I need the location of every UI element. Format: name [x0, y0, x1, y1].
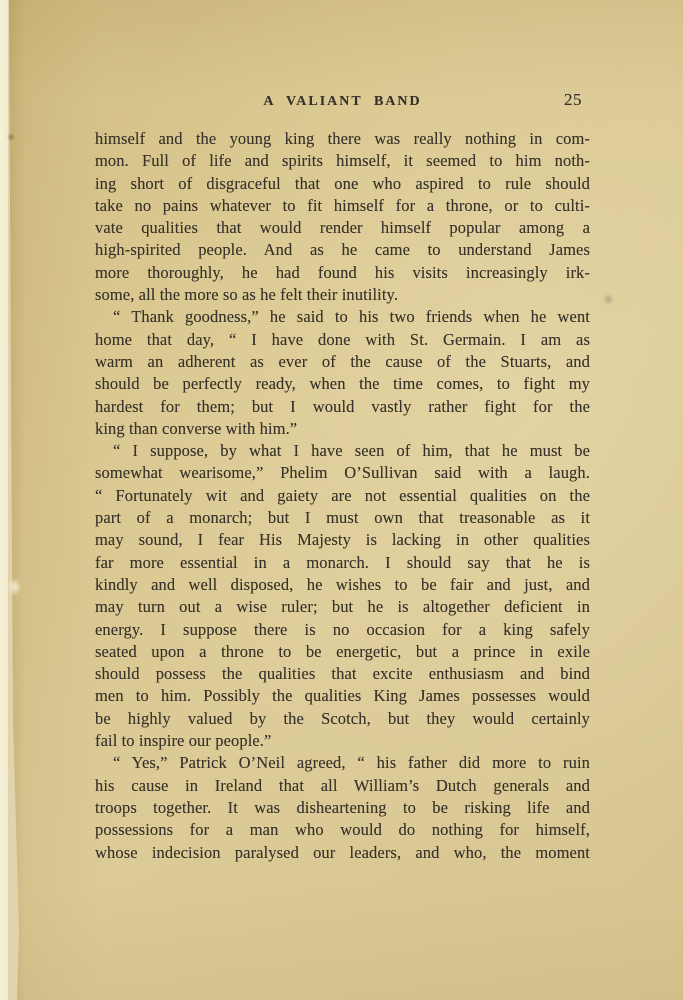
book-page-scan: A VALIANT BAND 25 himself and the young … — [0, 0, 683, 1000]
text-line: whose indecision paralysed our leaders, … — [95, 842, 590, 864]
page-left-edge — [0, 0, 20, 1000]
text-line: seated upon a throne to be energetic, bu… — [95, 641, 590, 663]
text-line: should be perfectly ready, when the time… — [95, 373, 590, 395]
page-text: himself and the young king there was rea… — [95, 128, 590, 864]
running-header: A VALIANT BAND 25 — [95, 92, 590, 112]
text-line: home that day, “ I have done with St. Ge… — [95, 329, 590, 351]
text-line: “ Yes,” Patrick O’Neil agreed, “ his fat… — [95, 752, 590, 774]
text-line: “ Fortunately wit and gaiety are not ess… — [95, 485, 590, 507]
text-line: far more essential in a monarch. I shoul… — [95, 552, 590, 574]
text-line: ing short of disgraceful that one who as… — [95, 173, 590, 195]
text-line: be highly valued by the Scotch, but they… — [95, 708, 590, 730]
text-line: more thoroughly, he had found his visits… — [95, 262, 590, 284]
text-line: king than converse with him.” — [95, 418, 590, 440]
text-line: himself and the young king there was rea… — [95, 128, 590, 150]
text-line: troops together. It was disheartening to… — [95, 797, 590, 819]
text-line: possessions for a man who would do nothi… — [95, 819, 590, 841]
text-line: part of a monarch; but I must own that t… — [95, 507, 590, 529]
text-line: energy. I suppose there is no occasion f… — [95, 619, 590, 641]
text-line: some, all the more so as he felt their i… — [95, 284, 590, 306]
paper-speck — [603, 294, 614, 305]
text-line: should possess the qualities that excite… — [95, 663, 590, 685]
text-line: “ Thank goodness,” he said to his two fr… — [95, 306, 590, 328]
text-line: fail to inspire our people.” — [95, 730, 590, 752]
text-line: mon. Full of life and spirits himself, i… — [95, 150, 590, 172]
text-line: “ I suppose, by what I have seen of him,… — [95, 440, 590, 462]
text-line: his cause in Ireland that all William’s … — [95, 775, 590, 797]
text-line: hardest for them; but I would vastly rat… — [95, 396, 590, 418]
text-line: may sound, I fear His Majesty is lacking… — [95, 529, 590, 551]
text-line: kindly and well disposed, he wishes to b… — [95, 574, 590, 596]
page-number: 25 — [564, 90, 582, 110]
text-line: high-spirited people. And as he came to … — [95, 239, 590, 261]
text-line: take no pains whatever to fit himself fo… — [95, 195, 590, 217]
chapter-title: A VALIANT BAND — [263, 94, 421, 109]
text-line: warm an adherent as ever of the cause of… — [95, 351, 590, 373]
text-line: may turn out a wise ruler; but he is alt… — [95, 596, 590, 618]
text-line: vate qualities that would render himself… — [95, 217, 590, 239]
text-line: men to him. Possibly the qualities King … — [95, 685, 590, 707]
text-line: somewhat wearisome,” Phelim O’Sullivan s… — [95, 462, 590, 484]
